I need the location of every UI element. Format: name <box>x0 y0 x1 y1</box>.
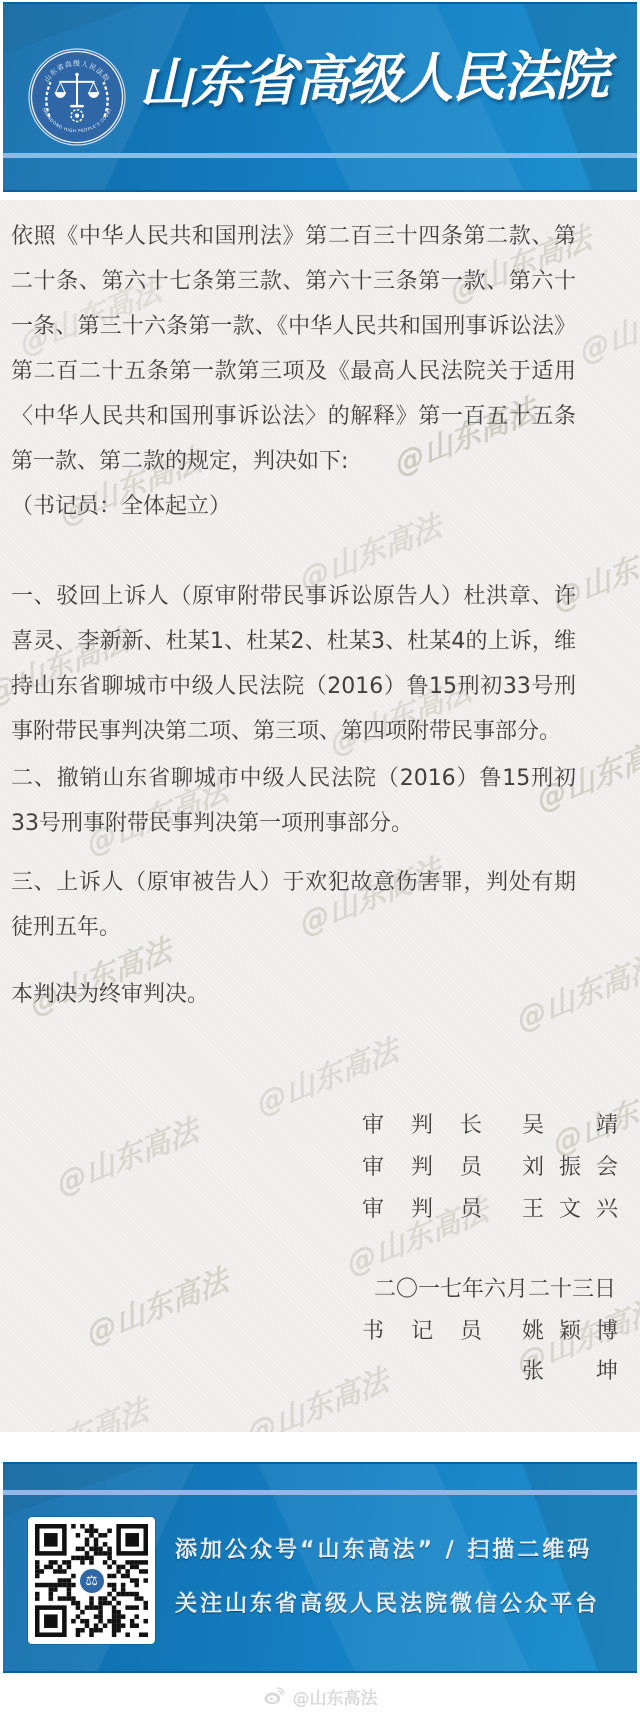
judgment-paragraph-item-1: 一、驳回上诉人（原审附带民事诉讼原告人）杜洪章、许喜灵、李新新、杜某1、杜某2、… <box>11 574 576 754</box>
paper-watermark-text: @山东高法 <box>52 1104 202 1203</box>
footer-line-2: 关注山东省高级人民法院微信公众平台 <box>175 1578 625 1632</box>
signature-judge-2: 审 判 员 王文兴 <box>362 1192 618 1223</box>
judgment-paragraph-item-3: 三、上诉人（原审被告人）于欢犯故意伤害罪，判处有期徒刑五年。 <box>11 860 576 950</box>
judgment-paragraph-final: 本判决为终审判决。 <box>11 972 576 1017</box>
signature-presiding-judge: 审 判 长 吴 靖 <box>362 1108 618 1139</box>
paper-watermark-text: @山东高法 <box>242 1354 392 1432</box>
paper-watermark-text: @山东高法 <box>82 1254 232 1353</box>
signature-role: 审 判 长 <box>362 1108 492 1139</box>
judgment-paragraph-item-2: 二、撤销山东省聊城市中级人民法院（2016）鲁15刑初33号刑事附带民事判决第一… <box>11 756 576 846</box>
bottom-credit: @山东高法 <box>0 1682 640 1710</box>
footer-divider-line <box>3 1490 637 1495</box>
judgment-paragraph-clerk-note: （书记员：全体起立） <box>11 484 576 529</box>
paper-watermark-text: @山东高法 <box>575 272 640 371</box>
signature-name: 吴 靖 <box>522 1108 618 1139</box>
qr-center-logo: ⚖ <box>77 1566 107 1596</box>
qr-code: ⚖ <box>28 1517 155 1644</box>
header-banner: 山东省高级人民法院 SHANDONG HIGH PEOPLE'S COURT <box>3 2 637 192</box>
header-divider-line <box>3 153 637 158</box>
bottom-credit-text: @山东高法 <box>293 1684 378 1709</box>
footer-banner: ⚖ 添加公众号“山东高法” / 扫描二维码 关注山东省高级人民法院微信公众平台 <box>3 1462 637 1673</box>
header-org-title: 山东省高级人民法院 <box>138 45 625 115</box>
signature-name: 王文兴 <box>522 1192 618 1223</box>
signature-role: 审 判 员 <box>362 1150 492 1181</box>
judgment-paragraph-legal-basis: 依照《中华人民共和国刑法》第二百三十四条第二款、第二十条、第六十七条第三款、第六… <box>11 214 576 484</box>
weibo-icon <box>263 1687 285 1705</box>
judgment-paper: @山东高法@山东高法@山东高法@山东高法@山东高法@山东高法@山东高法@山东高法… <box>0 200 640 1432</box>
court-emblem: 山东省高级人民法院 SHANDONG HIGH PEOPLE'S COURT <box>28 48 126 146</box>
court-emblem-icon: 山东省高级人民法院 SHANDONG HIGH PEOPLE'S COURT <box>28 48 126 146</box>
paper-watermark-text: @山东高法 <box>2 1384 152 1432</box>
signature-role: 审 判 员 <box>362 1192 492 1223</box>
signature-name: 姚颖博 <box>522 1314 618 1345</box>
signature-clerk-1: 书 记 员 姚颖博 <box>362 1314 618 1345</box>
judgment-date: 二〇一七年六月二十三日 <box>374 1272 616 1303</box>
footer-text-block: 添加公众号“山东高法” / 扫描二维码 关注山东省高级人民法院微信公众平台 <box>175 1524 625 1632</box>
footer-line-1: 添加公众号“山东高法” / 扫描二维码 <box>175 1524 625 1578</box>
weibo-court-image: 山东省高级人民法院 SHANDONG HIGH PEOPLE'S COURT <box>0 0 640 1718</box>
signature-name: 张 坤 <box>522 1354 618 1385</box>
qr-emblem-icon: ⚖ <box>80 1569 104 1593</box>
signature-judge-1: 审 判 员 刘振会 <box>362 1150 618 1181</box>
signature-name: 刘振会 <box>522 1150 618 1181</box>
signature-clerk-2: 张 坤 <box>492 1354 618 1385</box>
signature-role: 书 记 员 <box>362 1314 492 1345</box>
